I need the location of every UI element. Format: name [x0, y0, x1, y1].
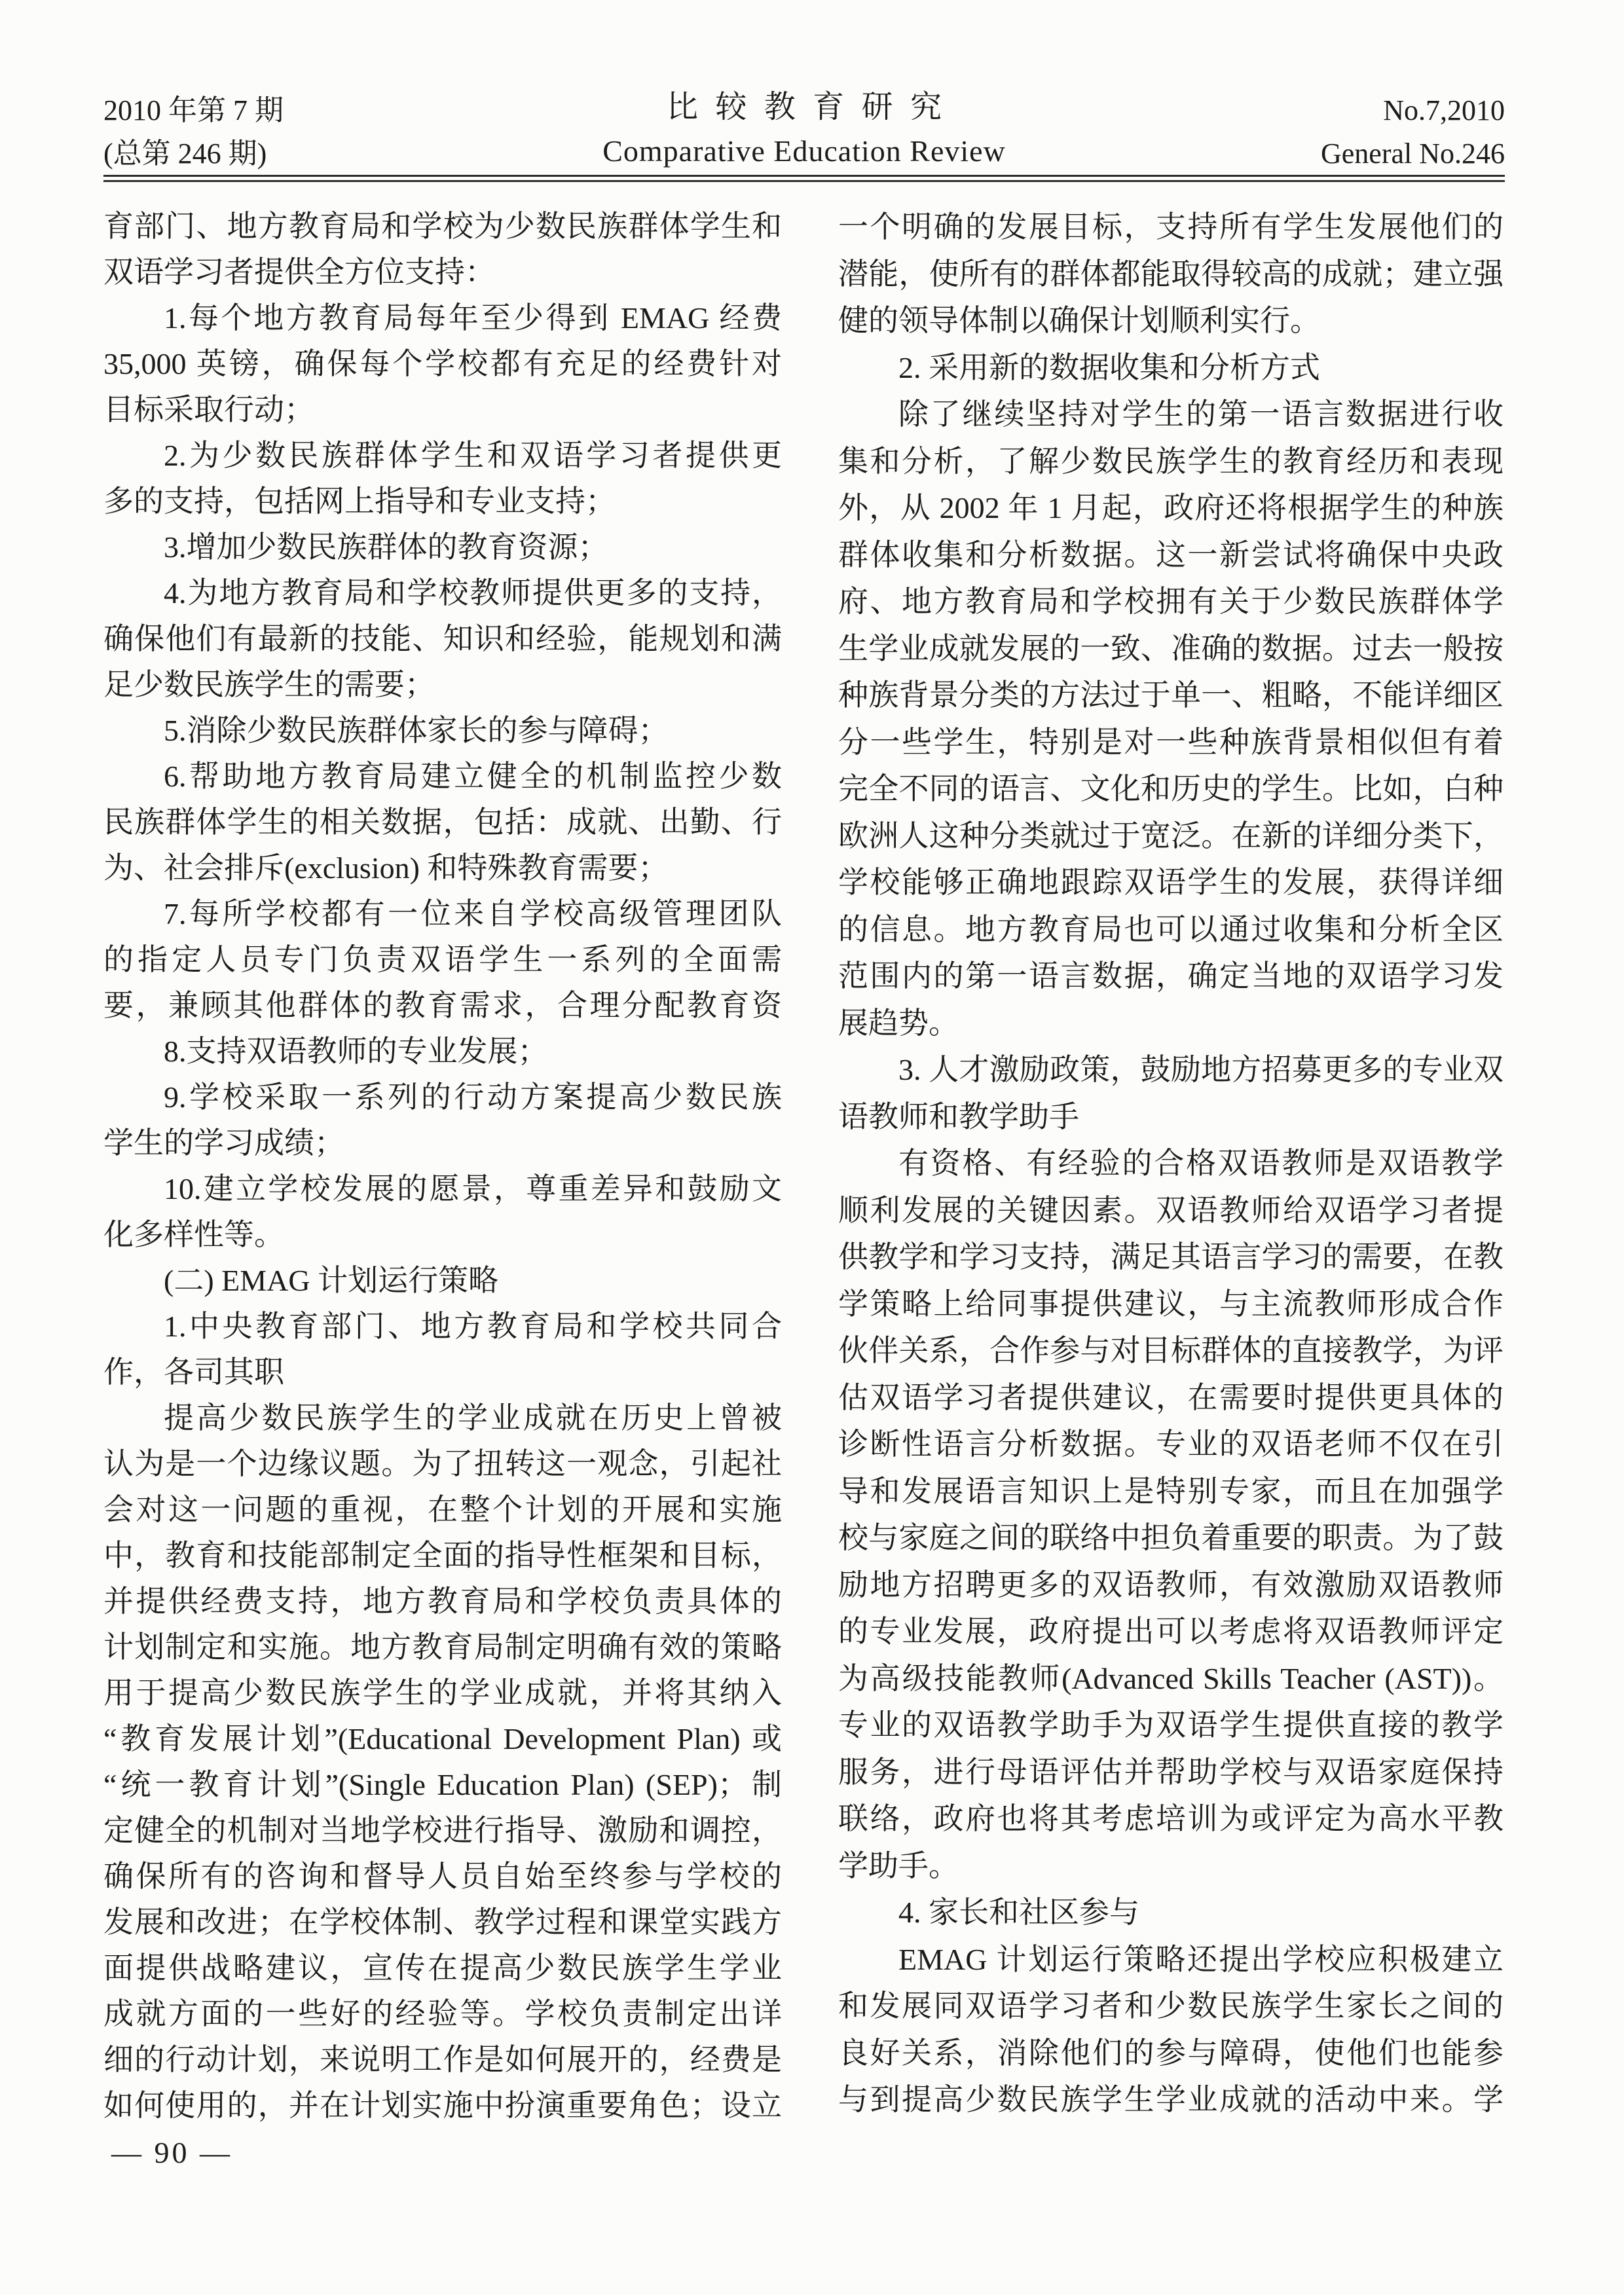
text-line: 提高少数民族学生的学业成就在历史上曾被: [103, 1395, 782, 1441]
text-line: 展趋势。: [838, 1000, 1504, 1047]
text-line: 用于提高少数民族学生的学业成就，并将其纳入: [103, 1670, 782, 1716]
text-line: 10.建立学校发展的愿景，尊重差异和鼓励文: [103, 1166, 782, 1212]
text-line: 定健全的机制对当地学校进行指导、激励和调控，: [103, 1808, 782, 1854]
general-number-en: General No.246: [1321, 132, 1505, 175]
text-line: 5.消除少数民族群体家长的参与障碍；: [103, 708, 782, 754]
text-line: 励地方招聘更多的双语教师，有效激励双语教师: [838, 1562, 1504, 1609]
text-line: 7.每所学校都有一位来自学校高级管理团队: [103, 891, 782, 937]
text-line: 要，兼顾其他群体的教育需求，合理分配教育资源；: [103, 983, 782, 1029]
journal-title-en: Comparative Education Review: [103, 130, 1505, 173]
text-line: 的信息。地方教育局也可以通过收集和分析全区: [838, 906, 1504, 953]
text-line: 学助手。: [838, 1843, 1504, 1890]
text-line: 群体收集和分析数据。这一新尝试将确保中央政: [838, 532, 1504, 579]
text-line: 足少数民族学生的需要；: [103, 662, 782, 708]
text-line: 8.支持双语教师的专业发展；: [103, 1029, 782, 1074]
header-double-rule: [103, 175, 1505, 182]
right-column: 一个明确的发展目标，支持所有学生发展他们的潜能，使所有的群体都能取得较高的成就；…: [838, 204, 1504, 2123]
text-line: 面提供战略建议，宣传在提高少数民族学生学业: [103, 1945, 782, 1991]
journal-page: 2010 年第 7 期 (总第 246 期) 比较教育研究 Comparativ…: [0, 0, 1624, 2295]
text-line: 多的支持，包括网上指导和专业支持；: [103, 479, 782, 524]
text-line: 除了继续坚持对学生的第一语言数据进行收: [838, 391, 1504, 438]
text-line: 35,000 英镑，确保每个学校都有充足的经费针对: [103, 341, 782, 387]
text-line: 学策略上给同事提供建议，与主流教师形成合作: [838, 1281, 1504, 1328]
text-line: 发展和改进；在学校体制、教学过程和课堂实践方: [103, 1900, 782, 1945]
text-line: 府、地方教育局和学校拥有关于少数民族群体学: [838, 578, 1504, 625]
text-line: 校与家庭之间的联络中担负着重要的职责。为了鼓: [838, 1515, 1504, 1562]
text-line: 和发展同双语学习者和少数民族学生家长之间的: [838, 1983, 1504, 2030]
issue-number-en: No.7,2010: [1321, 89, 1505, 132]
text-line: 为高级技能教师(Advanced Skills Teacher (AST))。: [838, 1655, 1504, 1702]
page-number: — 90 —: [111, 2133, 232, 2173]
text-line: 3.增加少数民族群体的教育资源；: [103, 524, 782, 570]
text-line: 作，各司其职: [103, 1349, 782, 1395]
text-line: 与到提高少数民族学生学业成就的活动中来。学: [838, 2076, 1504, 2123]
text-line: 集和分析，了解少数民族学生的教育经历和表现: [838, 438, 1504, 485]
text-line: 2. 采用新的数据收集和分析方式: [838, 344, 1504, 392]
text-line: 4. 家长和社区参与: [838, 1889, 1504, 1936]
left-column: 育部门、地方教育局和学校为少数民族群体学生和双语学习者提供全方位支持：1.每个地…: [103, 204, 782, 2129]
text-line: 为、社会排斥(exclusion) 和特殊教育需要；: [103, 845, 782, 891]
text-line: 学生的学习成绩；: [103, 1120, 782, 1166]
text-line: 1.中央教育部门、地方教育局和学校共同合: [103, 1304, 782, 1349]
text-line: 9.学校采取一系列的行动方案提高少数民族: [103, 1074, 782, 1120]
text-line: 估双语学习者提供建议，在需要时提供更具体的: [838, 1374, 1504, 1422]
text-line: 成就方面的一些好的经验等。学校负责制定出详: [103, 1991, 782, 2037]
journal-title-block: 比较教育研究 Comparative Education Review: [103, 85, 1505, 173]
text-line: 的专业发展，政府提出可以考虑将双语教师评定: [838, 1608, 1504, 1655]
text-line: 健的领导体制以确保计划顺利实行。: [838, 297, 1504, 344]
text-line: 有资格、有经验的合格双语教师是双语教学: [838, 1140, 1504, 1187]
text-line: 完全不同的语言、文化和历史的学生。比如，白种: [838, 765, 1504, 813]
text-line: 潜能，使所有的群体都能取得较高的成就；建立强: [838, 251, 1504, 298]
text-line: 细的行动计划，来说明工作是如何展开的，经费是: [103, 2037, 782, 2083]
text-line: 民族群体学生的相关数据，包括：成就、出勤、行: [103, 799, 782, 845]
text-line: 诊断性语言分析数据。专业的双语老师不仅在引: [838, 1421, 1504, 1468]
text-line: 生学业成就发展的一致、准确的数据。过去一般按: [838, 625, 1504, 672]
text-line: EMAG 计划运行策略还提出学校应积极建立: [838, 1936, 1504, 1983]
text-line: 顺利发展的关键因素。双语教师给双语学习者提: [838, 1187, 1504, 1234]
text-line: 语教师和教学助手: [838, 1093, 1504, 1141]
text-line: 一个明确的发展目标，支持所有学生发展他们的: [838, 204, 1504, 251]
text-line: 的指定人员专门负责双语学生一系列的全面需: [103, 937, 782, 983]
text-line: 确保他们有最新的技能、知识和经验，能规划和满: [103, 616, 782, 662]
text-line: 2.为少数民族群体学生和双语学习者提供更: [103, 433, 782, 479]
text-line: 分一些学生，特别是对一些种族背景相似但有着: [838, 719, 1504, 766]
text-line: 化多样性等。: [103, 1212, 782, 1258]
text-line: 外，从 2002 年 1 月起，政府还将根据学生的种族: [838, 485, 1504, 532]
text-line: 育部门、地方教育局和学校为少数民族群体学生和: [103, 204, 782, 249]
text-line: “教育发展计划”(Educational Development Plan) 或: [103, 1716, 782, 1762]
text-line: 认为是一个边缘议题。为了扭转这一观念，引起社: [103, 1441, 782, 1487]
text-line: 供教学和学习支持，满足其语言学习的需要，在教: [838, 1234, 1504, 1281]
text-line: 种族背景分类的方法过于单一、粗略，不能详细区: [838, 672, 1504, 719]
text-line: 联络，政府也将其考虑培训为或评定为高水平教: [838, 1795, 1504, 1843]
text-line: 4.为地方教育局和学校教师提供更多的支持，: [103, 570, 782, 616]
text-line: (二) EMAG 计划运行策略: [103, 1258, 782, 1304]
text-line: 计划制定和实施。地方教育局制定明确有效的策略: [103, 1625, 782, 1670]
text-line: 专业的双语教学助手为双语学生提供直接的教学: [838, 1702, 1504, 1749]
journal-title-zh: 比较教育研究: [120, 85, 1505, 130]
text-line: 服务，进行母语评估并帮助学校与双语家庭保持: [838, 1749, 1504, 1796]
text-line: 范围内的第一语言数据，确定当地的双语学习发: [838, 953, 1504, 1000]
text-line: 目标采取行动；: [103, 387, 782, 433]
text-line: 双语学习者提供全方位支持：: [103, 249, 782, 295]
text-line: 伙伴关系，合作参与对目标群体的直接教学，为评: [838, 1327, 1504, 1374]
text-line: 并提供经费支持，地方教育局和学校负责具体的: [103, 1579, 782, 1625]
text-line: 良好关系，消除他们的参与障碍，使他们也能参: [838, 2030, 1504, 2077]
text-line: 如何使用的，并在计划实施中扮演重要角色；设立: [103, 2083, 782, 2129]
journal-issue-en: No.7,2010 General No.246: [1321, 89, 1505, 175]
text-line: 确保所有的咨询和督导人员自始至终参与学校的: [103, 1854, 782, 1900]
text-line: 3. 人才激励政策，鼓励地方招募更多的专业双: [838, 1046, 1504, 1093]
text-line: 学校能够正确地跟踪双语学生的发展，获得详细: [838, 859, 1504, 906]
text-line: “统一教育计划”(Single Education Plan) (SEP)；制: [103, 1762, 782, 1808]
text-line: 会对这一问题的重视，在整个计划的开展和实施: [103, 1487, 782, 1533]
text-line: 导和发展语言知识上是特别专家，而且在加强学: [838, 1468, 1504, 1515]
page-header: 2010 年第 7 期 (总第 246 期) 比较教育研究 Comparativ…: [103, 85, 1505, 177]
text-line: 6.帮助地方教育局建立健全的机制监控少数: [103, 754, 782, 799]
text-line: 中，教育和技能部制定全面的指导性框架和目标，: [103, 1533, 782, 1579]
text-line: 1.每个地方教育局每年至少得到 EMAG 经费: [103, 295, 782, 341]
text-line: 欧洲人这种分类就过于宽泛。在新的详细分类下，: [838, 813, 1504, 860]
